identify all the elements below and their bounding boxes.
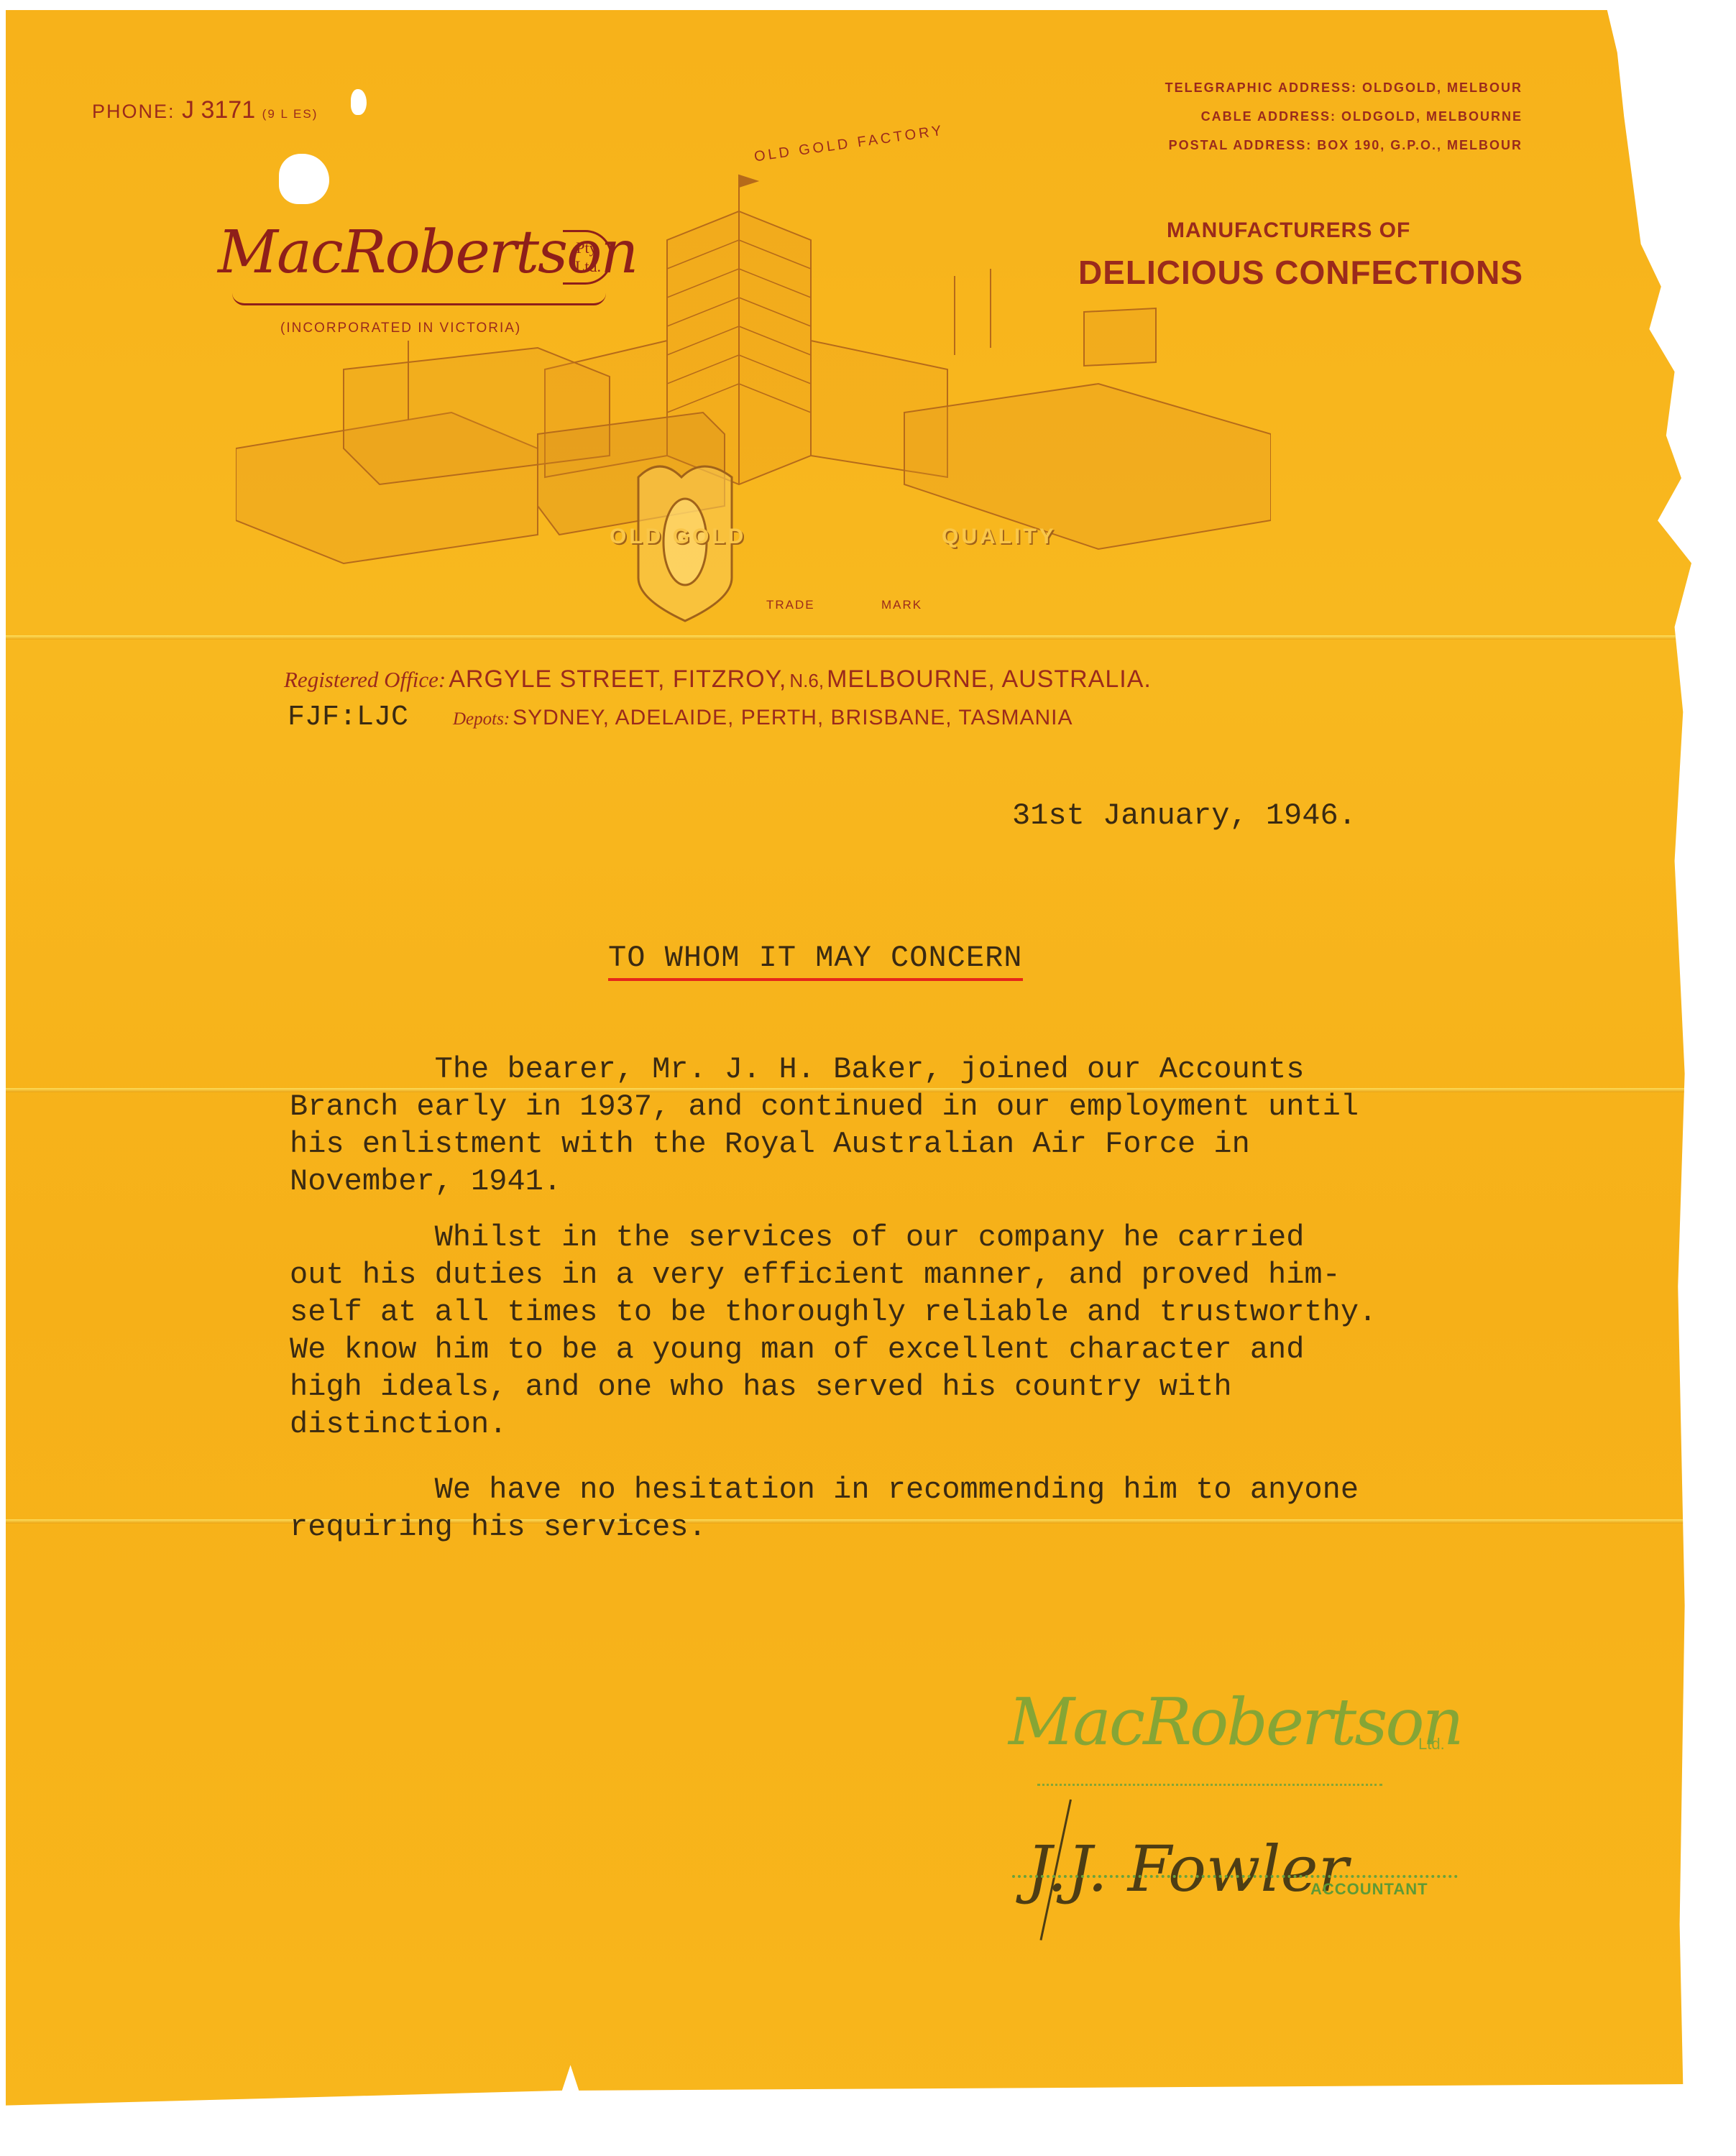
depots-list: SYDNEY, ADELAIDE, PERTH, BRISBANE, TASMA… [513, 706, 1073, 729]
depots: Depots: SYDNEY, ADELAIDE, PERTH, BRISBAN… [453, 706, 1073, 730]
phone-line: PHONE: J 3171 (9 L ES) [92, 96, 318, 124]
registered-postcode: N.6, [789, 670, 824, 691]
phone-label: PHONE: [92, 101, 175, 122]
cable-address: CABLE ADDRESS: OLDGOLD, MELBOURNE [1201, 109, 1523, 124]
stamp-wordmark: MacRobertson [1009, 1685, 1462, 1760]
letter-paragraph: The bearer, Mr. J. H. Baker, joined our … [290, 1051, 1359, 1200]
reference-initials: FJF:LJC [288, 701, 408, 734]
registered-office: Registered Office: ARGYLE STREET, FITZRO… [284, 665, 1152, 694]
depots-label: Depots: [453, 709, 510, 729]
manufacturers-of: MANUFACTURERS OF [1167, 218, 1410, 243]
paper-hole [351, 89, 367, 115]
letter-sheet: PHONE: J 3171 (9 L ES) TELEGRAPHIC ADDRE… [6, 10, 1691, 2137]
quality-label-left: OLD GOLD [610, 525, 746, 549]
signatory-title: ACCOUNTANT [1310, 1880, 1428, 1899]
letter-heading: TO WHOM IT MAY CONCERN [608, 941, 1023, 981]
company-tagline: DELICIOUS CONFECTIONS [1078, 253, 1523, 292]
registered-address: ARGYLE STREET, FITZROY, [449, 665, 786, 693]
stamp-suffix: Ltd. [1418, 1735, 1445, 1754]
phone-lines: (9 L ES) [262, 107, 318, 121]
registered-office-label: Registered Office: [284, 667, 446, 692]
signature-line [1012, 1875, 1458, 1878]
telegraphic-address: TELEGRAPHIC ADDRESS: OLDGOLD, MELBOUR [1165, 80, 1523, 96]
trade-label: TRADE [766, 598, 815, 612]
letter-paragraph: We have no hesitation in recommending hi… [290, 1471, 1359, 1546]
letter-date: 31st January, 1946. [1012, 798, 1356, 833]
stamp-flourish [1037, 1771, 1382, 1786]
company-stamp: MacRobertson Ltd. [1009, 1685, 1454, 1792]
phone-number: J 3171 [182, 96, 255, 124]
registered-city: MELBOURNE, AUSTRALIA. [827, 665, 1152, 693]
letter-paragraph: Whilst in the services of our company he… [290, 1219, 1377, 1443]
quality-label-right: QUALITY [942, 525, 1057, 549]
handwritten-signature: J.J. Fowler [1027, 1832, 1349, 1906]
fold-crease [6, 635, 1691, 640]
factory-illustration [236, 132, 1271, 628]
mark-label: MARK [881, 598, 922, 612]
